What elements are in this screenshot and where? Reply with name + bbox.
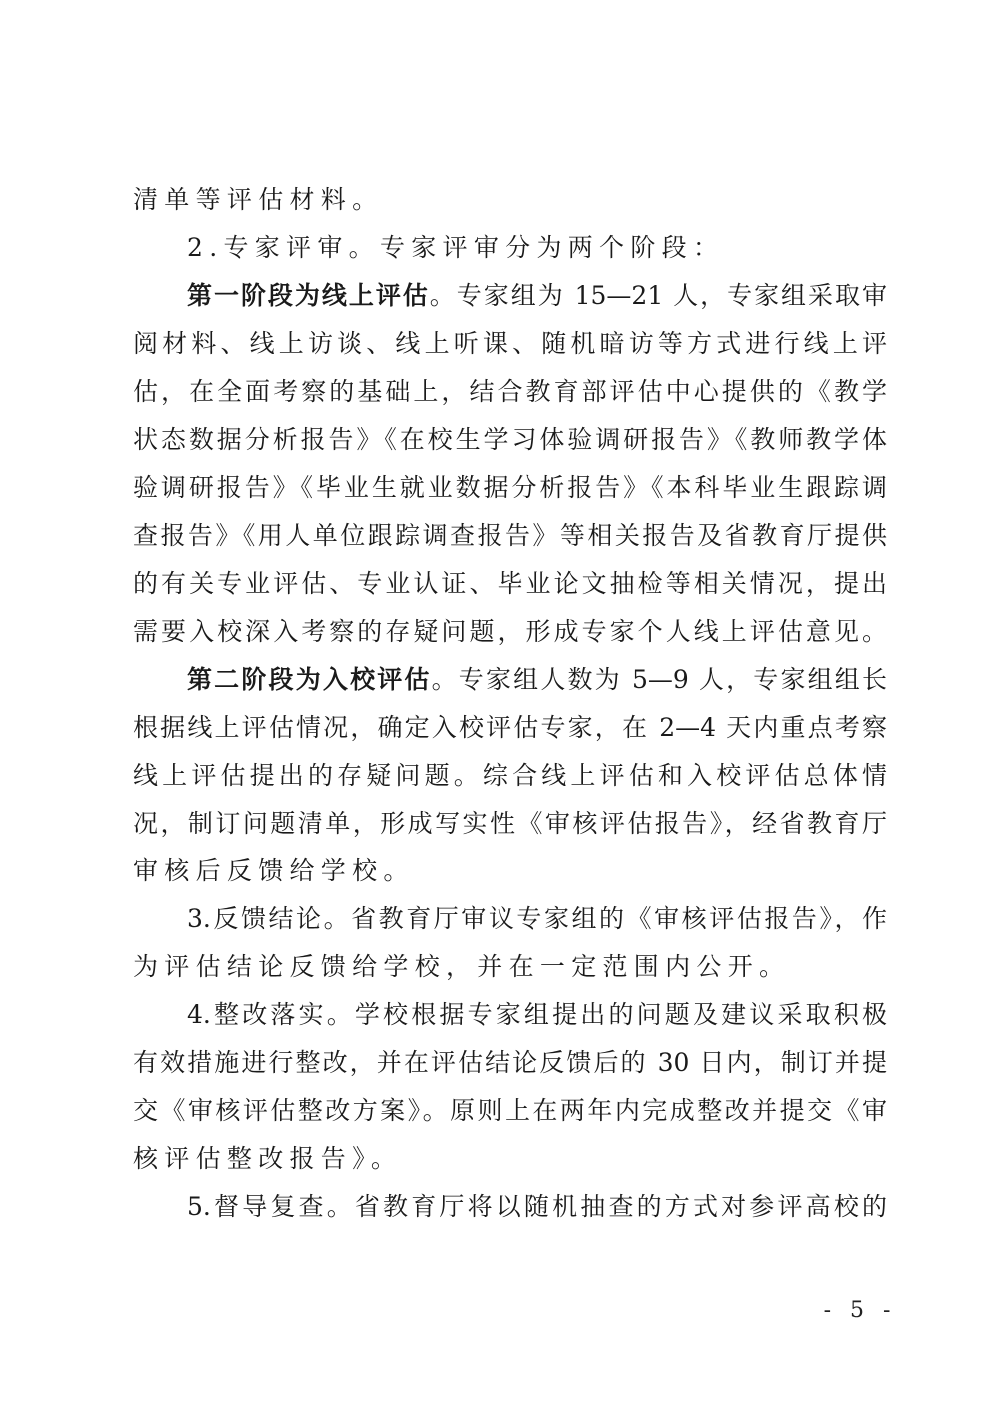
stage-two-paragraph-start: 第二阶段为入校评估。专家组人数为 5—9 人，专家组组长 bbox=[187, 660, 887, 700]
text-line: 线上评估提出的存疑问题。综合线上评估和入校评估总体情 bbox=[133, 756, 887, 796]
line-text: 估，在全面考察的基础上，结合教育部评估中心提供的《教学 bbox=[133, 377, 887, 406]
text-line: 根据线上评估情况，确定入校评估专家，在 2—4 天内重点考察 bbox=[133, 708, 887, 748]
section-supervision-review: 5.督导复查。省教育厅将以随机抽查的方式对参评高校的 bbox=[187, 1187, 887, 1227]
line-text: 的有关专业评估、专业认证、毕业论文抽检等相关情况，提出 bbox=[133, 569, 887, 598]
line-text: 况，制订问题清单，形成写实性《审核评估报告》，经省教育厅 bbox=[133, 809, 887, 838]
line-text: 5.督导复查。省教育厅将以随机抽查的方式对参评高校的 bbox=[187, 1192, 887, 1221]
stage-two-title: 第二阶段为入校评估 bbox=[187, 665, 432, 694]
section-heading-expert-review: 2.专家评审。专家评审分为两个阶段： bbox=[187, 228, 887, 268]
line-text: 有效措施进行整改，并在评估结论反馈后的 30 日内，制订并提 bbox=[133, 1048, 887, 1077]
line-text: 根据线上评估情况，确定入校评估专家，在 2—4 天内重点考察 bbox=[133, 713, 887, 742]
line-text: 清单等评估材料。 bbox=[133, 185, 383, 214]
line-text: 为评估结论反馈给学校，并在一定范围内公开。 bbox=[133, 952, 790, 981]
text-line: 有效措施进行整改，并在评估结论反馈后的 30 日内，制订并提 bbox=[133, 1043, 887, 1083]
line-text: 。专家组人数为 5—9 人，专家组组长 bbox=[432, 665, 887, 694]
text-line: 况，制订问题清单，形成写实性《审核评估报告》，经省教育厅 bbox=[133, 804, 887, 844]
text-line: 查报告》《用人单位跟踪调查报告》等相关报告及省教育厅提供 bbox=[133, 516, 887, 556]
page-number: - 5 - bbox=[820, 1298, 900, 1328]
section-rectification: 4.整改落实。学校根据专家组提出的问题及建议采取积极 bbox=[187, 995, 887, 1035]
line-text: 。专家组为 15—21 人，专家组采取审 bbox=[430, 281, 887, 310]
line-text: 阅材料、线上访谈、线上听课、随机暗访等方式进行线上评 bbox=[133, 329, 887, 358]
line-text: 状态数据分析报告》《在校生学习体验调研报告》《教师教学体 bbox=[133, 425, 887, 454]
line-text: 交《审核评估整改方案》。原则上在两年内完成整改并提交《审 bbox=[133, 1096, 887, 1125]
section-feedback-conclusion: 3.反馈结论。省教育厅审议专家组的《审核评估报告》，作 bbox=[187, 899, 887, 939]
text-line: 验调研报告》《毕业生就业数据分析报告》《本科毕业生跟踪调 bbox=[133, 468, 887, 508]
text-line: 的有关专业评估、专业认证、毕业论文抽检等相关情况，提出 bbox=[133, 564, 887, 604]
line-text: 查报告》《用人单位跟踪调查报告》等相关报告及省教育厅提供 bbox=[133, 521, 887, 550]
text-line: 需要入校深入考察的存疑问题，形成专家个人线上评估意见。 bbox=[133, 612, 887, 652]
text-line: 估，在全面考察的基础上，结合教育部评估中心提供的《教学 bbox=[133, 372, 887, 412]
document-page: 清单等评估材料。 2.专家评审。专家评审分为两个阶段： 第一阶段为线上评估。专家… bbox=[0, 0, 1007, 1428]
text-line: 清单等评估材料。 bbox=[133, 180, 887, 220]
line-text: 验调研报告》《毕业生就业数据分析报告》《本科毕业生跟踪调 bbox=[133, 473, 887, 502]
line-text: 核评估整改报告》。 bbox=[133, 1144, 402, 1173]
text-line: 为评估结论反馈给学校，并在一定范围内公开。 bbox=[133, 947, 887, 987]
line-text: 线上评估提出的存疑问题。综合线上评估和入校评估总体情 bbox=[133, 761, 887, 790]
line-text: 审核后反馈给学校。 bbox=[133, 856, 415, 885]
text-line: 交《审核评估整改方案》。原则上在两年内完成整改并提交《审 bbox=[133, 1091, 887, 1131]
line-text: 3.反馈结论。省教育厅审议专家组的《审核评估报告》，作 bbox=[187, 904, 887, 933]
text-line: 阅材料、线上访谈、线上听课、随机暗访等方式进行线上评 bbox=[133, 324, 887, 364]
line-text: 需要入校深入考察的存疑问题，形成专家个人线上评估意见。 bbox=[133, 617, 887, 646]
line-text: 4.整改落实。学校根据专家组提出的问题及建议采取积极 bbox=[187, 1000, 887, 1029]
text-line: 审核后反馈给学校。 bbox=[133, 851, 887, 891]
text-line: 核评估整改报告》。 bbox=[133, 1139, 887, 1179]
stage-one-title: 第一阶段为线上评估 bbox=[187, 281, 430, 310]
stage-one-paragraph-start: 第一阶段为线上评估。专家组为 15—21 人，专家组采取审 bbox=[187, 276, 887, 316]
text-line: 状态数据分析报告》《在校生学习体验调研报告》《教师教学体 bbox=[133, 420, 887, 460]
line-text: 2.专家评审。专家评审分为两个阶段： bbox=[187, 233, 724, 262]
